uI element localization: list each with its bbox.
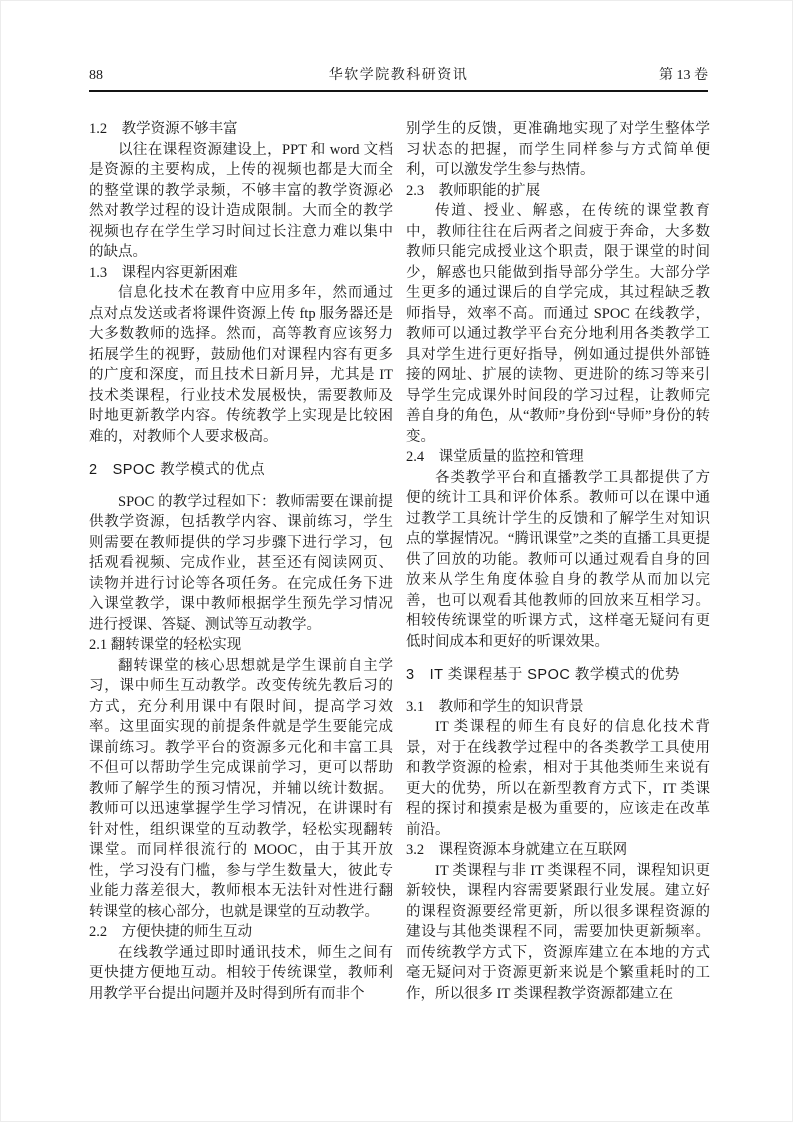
journal-title: 华软学院教科研资讯 xyxy=(179,67,618,84)
subsection-heading-2-2: 2.2 方便快捷的师生互动 xyxy=(89,922,393,943)
body-paragraph: 信息化技术在教育中应用多年，然而通过点对点发送或者将课件资源上传 ftp 服务器… xyxy=(89,283,393,447)
subsection-heading-2-3: 2.3 教师职能的扩展 xyxy=(406,181,710,202)
subsection-heading-2-4: 2.4 课堂质量的监控和管理 xyxy=(406,447,710,468)
section-heading-3: 3 IT 类课程基于 SPOC 教学模式的优势 xyxy=(406,665,710,686)
body-paragraph: IT 类课程与非 IT 类课程不同，课程知识更新较快，课程内容需要紧跟行业发展。… xyxy=(406,861,710,1005)
body-paragraph: SPOC 的教学过程如下：教师需要在课前提供教学资源，包括教学内容、课前练习，学… xyxy=(89,492,393,636)
body-paragraph: 以往在课程资源建设上，PPT 和 word 文档是资源的主要构成，上传的视频也都… xyxy=(89,140,393,263)
subsection-heading-1-3: 1.3 课程内容更新困难 xyxy=(89,263,393,284)
left-column: 1.2 教学资源不够丰富 以往在课程资源建设上，PPT 和 word 文档是资源… xyxy=(89,119,393,1004)
body-paragraph: 各类教学平台和直播教学工具都提供了方便的统计工具和评价体系。教师可以在课中通过教… xyxy=(406,468,710,653)
body-paragraph: 在线教学通过即时通讯技术，师生之间有更快捷方便地互动。相较于传统课堂，教师利用教… xyxy=(89,943,393,1005)
body-paragraph: 传道、授业、解惑，在传统的课堂教育中，教师往往在后两者之间疲于奔命，大多数教师只… xyxy=(406,201,710,447)
section-heading-2: 2 SPOC 教学模式的优点 xyxy=(89,460,393,481)
two-column-body: 1.2 教学资源不够丰富 以往在课程资源建设上，PPT 和 word 文档是资源… xyxy=(89,119,708,1004)
body-paragraph: IT 类课程的师生有良好的信息化技术背景，对于在线教学过程中的各类教学工具使用和… xyxy=(406,717,710,840)
paragraph-continuation: 别学生的反馈，更准确地实现了对学生整体学习状态的把握，而学生同样参与方式简单便利… xyxy=(406,119,710,181)
subsection-heading-3-2: 3.2 课程资源本身就建立在互联网 xyxy=(406,840,710,861)
subsection-heading-1-2: 1.2 教学资源不够丰富 xyxy=(89,119,393,140)
journal-page: 88 华软学院教科研资讯 第 13 卷 1.2 教学资源不够丰富 以往在课程资源… xyxy=(0,0,793,1122)
right-column: 别学生的反馈，更准确地实现了对学生整体学习状态的把握，而学生同样参与方式简单便利… xyxy=(406,119,710,1004)
subsection-heading-2-1: 2.1 翻转课堂的轻松实现 xyxy=(89,635,393,656)
page-number: 88 xyxy=(89,67,179,84)
body-paragraph: 翻转课堂的核心思想就是学生课前自主学习，课中师生互动教学。改变传统先教后习的方式… xyxy=(89,656,393,923)
volume-label: 第 13 卷 xyxy=(618,67,708,84)
subsection-heading-3-1: 3.1 教师和学生的知识背景 xyxy=(406,697,710,718)
running-head: 88 华软学院教科研资讯 第 13 卷 xyxy=(89,1,708,92)
